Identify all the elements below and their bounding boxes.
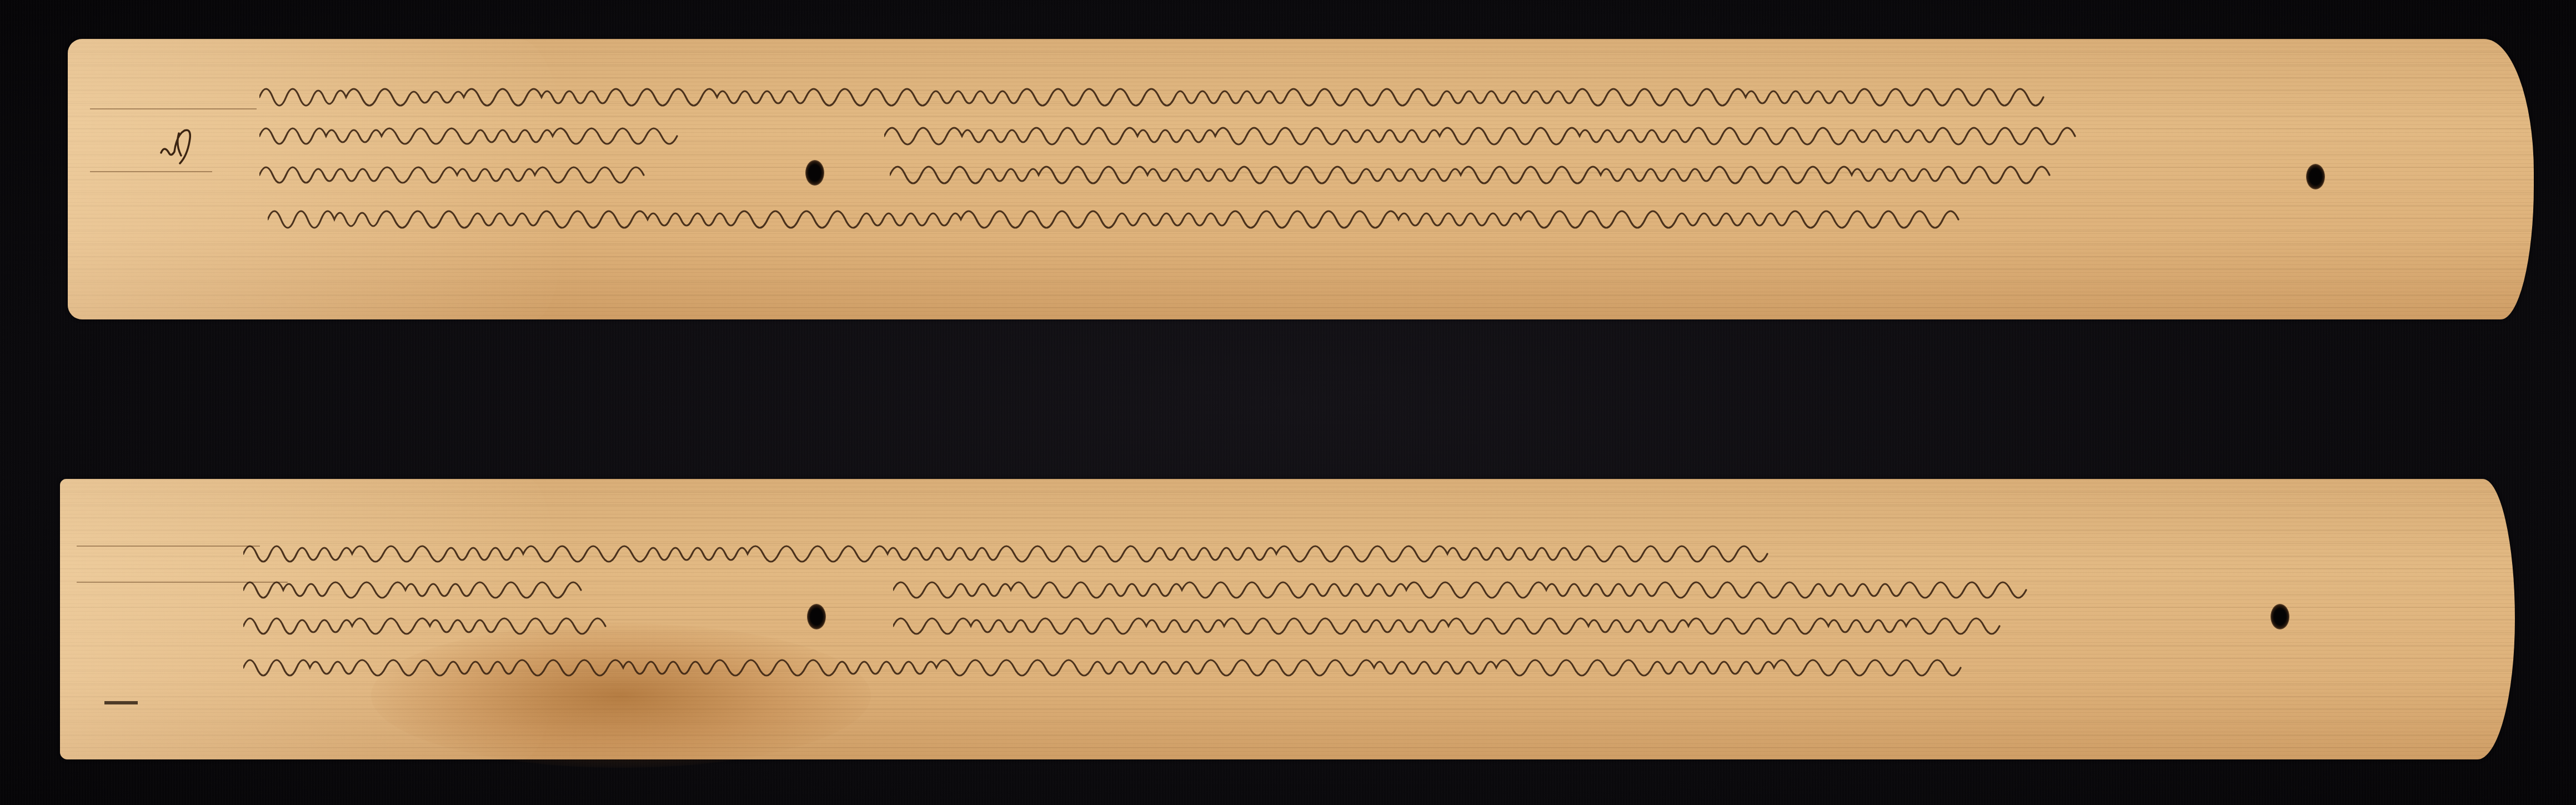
script-line: Balinese script, line 1 (full width) bbox=[259, 75, 2159, 114]
script-line: Balinese script, line 3 (left block + ri… bbox=[243, 604, 676, 643]
leaf-fiber bbox=[77, 546, 260, 547]
script-line: Balinese script, line 2 (left block + ri… bbox=[243, 568, 665, 607]
binding-hole bbox=[2271, 604, 2289, 629]
script-line: Balinese script, line 3 (left block + ri… bbox=[259, 153, 704, 192]
script-line: Balinese script, line 2 (left block + ri… bbox=[259, 114, 737, 153]
leaf-crack bbox=[104, 701, 138, 704]
script-line bbox=[893, 568, 2282, 607]
binding-hole bbox=[805, 160, 824, 186]
palm-leaf-lower: Leaf 2 (lower) Balinese script, line 1 (… bbox=[60, 479, 2515, 759]
binding-hole bbox=[2306, 164, 2325, 189]
leaf-stain bbox=[371, 623, 871, 768]
leaf-fiber bbox=[90, 108, 257, 109]
script-line bbox=[884, 114, 2273, 153]
script-line bbox=[890, 153, 2234, 192]
leaf-fiber bbox=[90, 171, 212, 172]
binding-hole bbox=[807, 604, 826, 629]
leaf-number-marker: ᭗᭒ bbox=[157, 122, 196, 167]
script-line: Balinese script, line 4 (full width) bbox=[268, 197, 2145, 236]
script-line: Balinese script, line 4 (full width) bbox=[243, 646, 2321, 684]
script-line: Balinese script, line 1 (full width) bbox=[243, 532, 2298, 571]
script-line bbox=[893, 604, 2237, 643]
palm-leaf-upper: Leaf 1 (upper) ᭗᭒ Balinese script, line … bbox=[68, 39, 2534, 319]
